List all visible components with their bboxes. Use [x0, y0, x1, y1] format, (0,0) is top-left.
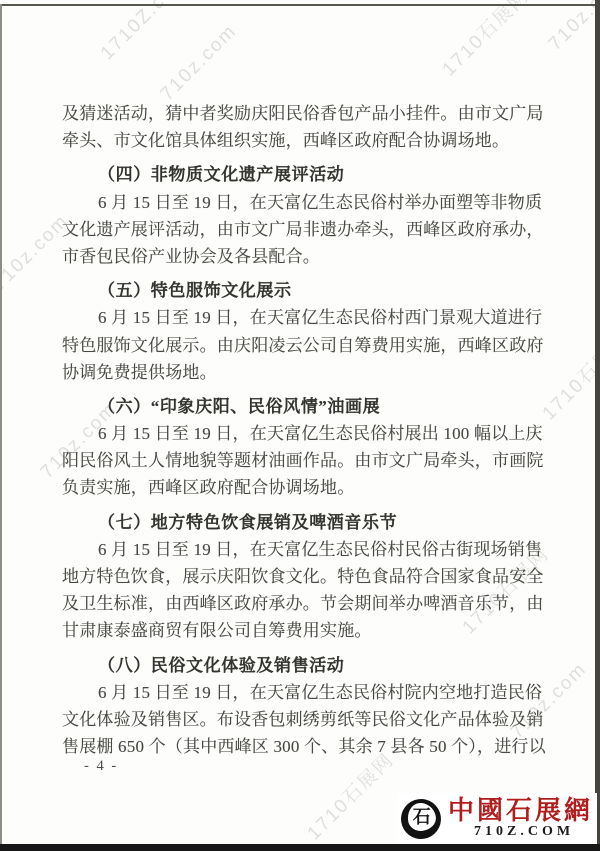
watermark-text: 1710石展网 [535, 326, 600, 425]
text-line: 阳民俗风土人情地貌等题材油画作品。由市文广局牵头，市画院 [62, 447, 540, 474]
section-heading: （八）民俗文化体验及销售活动 [62, 652, 540, 679]
text-line: 6 月 15 日至 19 日，在天富亿生态民俗村民俗古街现场销售 [62, 536, 540, 563]
text-line: 6 月 15 日至 19 日，在天富亿生态民俗村展出 100 幅以上庆 [62, 420, 540, 447]
document-body: 及猜迷活动，猜中者奖励庆阳民俗香包产品小挂件。由市文广局牵头、市文化馆具体组织实… [62, 100, 540, 760]
text-line: 及卫生标准，由西峰区政府承办。节会期间举办啤酒音乐节，由 [62, 590, 540, 617]
text-line: 甘肃康泰盛商贸有限公司自筹费用实施。 [62, 617, 540, 644]
logo-text: 中國石展網 710Z.COM [448, 797, 593, 840]
text-line: 协调免费提供场地。 [62, 359, 540, 386]
seal-character: 石 [413, 807, 431, 825]
document-page: 1710Z.com710z.com1710石展网710z.com710z.com… [0, 0, 600, 851]
text-line: 6 月 15 日至 19 日，在天富亿生态民俗村举办面塑等非物质 [62, 189, 540, 216]
text-line: 特色服饰文化展示。由庆阳凌云公司自筹费用实施，西峰区政府 [62, 332, 540, 359]
watermark-text: 1710石展网 [300, 746, 399, 845]
watermark-text: 1710Z.com [97, 0, 192, 65]
site-logo[interactable]: 石 中國石展網 710Z.COM [397, 793, 597, 844]
text-line: 市香包民俗产业协会及各县配合。 [62, 243, 540, 270]
text-line: 及猜迷活动，猜中者奖励庆阳民俗香包产品小挂件。由市文广局 [62, 100, 540, 127]
section-heading: （七）地方特色饮食展销及啤酒音乐节 [62, 509, 540, 536]
watermark-text: 710z.com [157, 20, 242, 105]
text-line: 牵头、市文化馆具体组织实施，西峰区政府配合协调场地。 [62, 127, 540, 154]
scan-border-bottom [0, 844, 600, 851]
watermark-text: 1710石展网 [435, 0, 534, 81]
text-line: 负责实施，西峰区政府配合协调场地。 [62, 474, 540, 501]
text-line: 6 月 15 日至 19 日，在天富亿生态民俗村西门景观大道进行 [62, 304, 540, 331]
stone-seal-icon: 石 [398, 796, 443, 841]
section-heading: （四）非物质文化遗产展评活动 [62, 161, 540, 188]
scan-border-left [0, 4, 2, 844]
text-line: 6 月 15 日至 19 日，在天富亿生态民俗村院内空地打造民俗 [62, 679, 540, 706]
site-name: 中國石展網 [448, 797, 593, 824]
text-line: 文化体验及销售区。布设香包刺绣剪纸等民俗文化产品体验及销 [62, 706, 540, 733]
scan-border-top [0, 4, 600, 6]
text-line: 地方特色饮食，展示庆阳饮食文化。特色食品符合国家食品安全 [62, 563, 540, 590]
watermark-text: 710z.com [545, 0, 600, 56]
scan-border-right [595, 0, 600, 844]
text-line: 售展棚 650 个（其中西峰区 300 个、其余 7 县各 50 个），进行以 [62, 733, 540, 760]
section-heading: （六）“印象庆阳、民俗风情”油画展 [62, 393, 540, 420]
text-line: 文化遗产展评活动，由市文广局非遗办牵头，西峰区政府承办， [62, 216, 540, 243]
section-heading: （五）特色服饰文化展示 [62, 277, 540, 304]
site-url: 710Z.COM [448, 824, 593, 840]
page-number: - 4 - [84, 758, 118, 775]
